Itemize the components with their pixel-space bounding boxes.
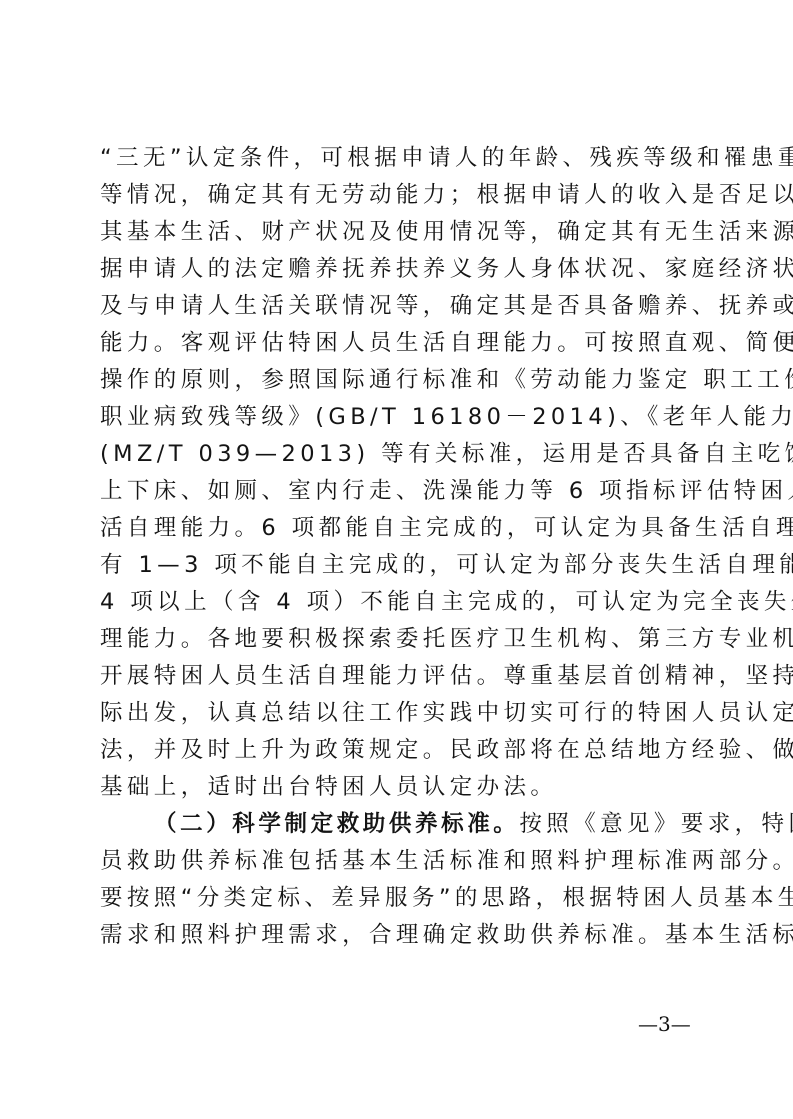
paragraph-line: (MZ/T 039—2013) 等有关标准，运用是否具备自主吃饭、穿衣、	[100, 436, 704, 473]
section-heading: （二）科学制定救助供养标准。	[154, 811, 519, 837]
paragraph-line: 其基本生活、财产状况及使用情况等，确定其有无生活来源；根	[100, 214, 704, 251]
paragraph-line: 际出发，认真总结以往工作实践中切实可行的特困人员认定做	[100, 695, 704, 732]
paragraph-line: 能力。客观评估特困人员生活自理能力。可按照直观、简便、易	[100, 325, 704, 362]
paragraph-line: 4 项以上（含 4 项）不能自主完成的，可认定为完全丧失生活自	[100, 584, 704, 621]
body-text: “三无”认定条件，可根据申请人的年龄、残疾等级和罹患重病 等情况，确定其有无劳动…	[100, 140, 704, 954]
paragraph-line: 活自理能力。6 项都能自主完成的，可认定为具备生活自理能力；	[100, 510, 704, 547]
paragraph-line: 操作的原则，参照国际通行标准和《劳动能力鉴定 职工工伤与	[100, 362, 704, 399]
paragraph-line: 据申请人的法定赡养抚养扶养义务人身体状况、家庭经济状况以	[100, 251, 704, 288]
paragraph-line: 需求和照料护理需求，合理确定救助供养标准。基本生活标准应	[100, 917, 704, 954]
paragraph-line: “三无”认定条件，可根据申请人的年龄、残疾等级和罹患重病	[100, 140, 704, 177]
paragraph-line: 职业病致残等级》(GB/T 16180－2014)、《老年人能力评估》	[100, 399, 704, 436]
paragraph-line: 法，并及时上升为政策规定。民政部将在总结地方经验、做法的	[100, 732, 704, 769]
paragraph-line: 基础上，适时出台特困人员认定办法。	[100, 769, 704, 806]
paragraph-line: 有 1—3 项不能自主完成的，可认定为部分丧失生活自理能力；有	[100, 547, 704, 584]
paragraph-line: 员救助供养标准包括基本生活标准和照料护理标准两部分。各地	[100, 843, 704, 880]
section-heading-rest: 按照《意见》要求，特困人	[519, 811, 793, 837]
document-page: “三无”认定条件，可根据申请人的年龄、残疾等级和罹患重病 等情况，确定其有无劳动…	[0, 0, 793, 1119]
paragraph-line: 开展特困人员生活自理能力评估。尊重基层首创精神，坚持从实	[100, 658, 704, 695]
section-heading-line: （二）科学制定救助供养标准。按照《意见》要求，特困人	[100, 806, 704, 843]
paragraph-line: 及与申请人生活关联情况等，确定其是否具备赡养、抚养或扶养	[100, 288, 704, 325]
paragraph-line: 要按照“分类定标、差异服务”的思路，根据特困人员基本生活	[100, 880, 704, 917]
paragraph-line: 等情况，确定其有无劳动能力；根据申请人的收入是否足以维持	[100, 177, 704, 214]
page-number: —3—	[638, 1012, 691, 1036]
paragraph-line: 上下床、如厕、室内行走、洗澡能力等 6 项指标评估特困人员生	[100, 473, 704, 510]
paragraph-line: 理能力。各地要积极探索委托医疗卫生机构、第三方专业机构等	[100, 621, 704, 658]
